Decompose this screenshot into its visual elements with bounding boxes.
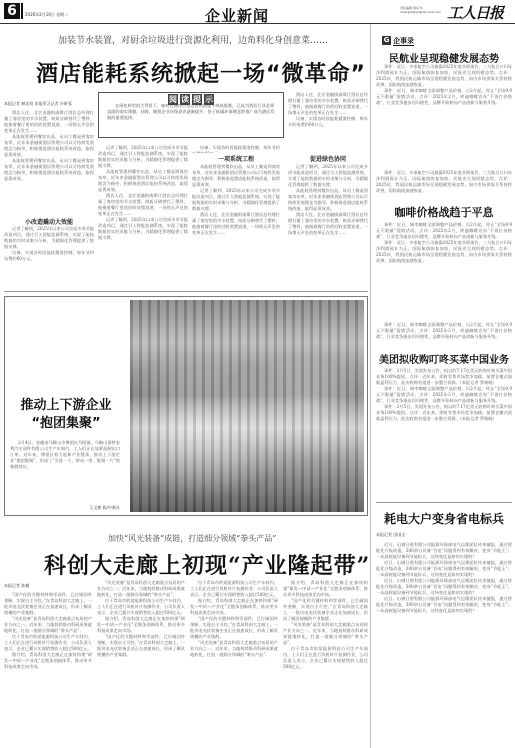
photo-credit: 王文彬 陈/中新社 xyxy=(10,505,120,511)
lead-column-4: 记者了解到，2025年以来公司完成多项节能改造项目，通过引入智能监测系统，实现了… xyxy=(288,164,368,286)
newspaper-logo: 工人日报 xyxy=(447,2,503,23)
lead-kicker: 加装节水装置，对厨余垃圾进行资源化利用，边角料化身创意菜…… xyxy=(58,33,328,46)
sidebar-body-1: 事件：近日，多家航空公司披露2025年度业绩预告，三大航合计归母净利润预计为正，… xyxy=(376,64,512,166)
sidebar-body-2b: 事件：近日，瑞幸咖啡全面调整产品价格，自2月起，停止“全场9.9元不限量”促销活… xyxy=(376,322,512,346)
feature-body: 2月4日，安徽省马鞍山市博望区丹阳镇，马鞍山嘉特安利汽车部件有限公司生产车间内，… xyxy=(10,440,120,500)
divider xyxy=(4,291,368,292)
reading-tip-label: 阅读提示 xyxy=(164,95,218,104)
sidebar-body-1b: 事件：近日，多家航空公司披露2025年度业绩预告，三大航合计归母净利润预计为正，… xyxy=(376,170,512,194)
second-column-4: 据介绍，青岛科创大走廊正在加快构建“研发—中试—产业化”全链条创新体系，推动更多… xyxy=(283,580,368,746)
sidebar-headline-2: 咖啡价格战趋于平息 xyxy=(376,204,512,220)
lead-subhead-3: 促进绿色协同 xyxy=(288,154,368,163)
second-headline: 科创大走廊上初现“产业隆起带” xyxy=(44,549,370,580)
sidebar-body-4: 近日，山钢日照有限公司能源环保部电气运维团队传来捷报，通过智能化升级改造，300… xyxy=(376,542,512,746)
lead-headline: 酒店能耗系统掀起一场“微革命” xyxy=(36,57,366,88)
second-byline: 本报记者 陈楠 xyxy=(4,583,29,589)
page-number-bar xyxy=(21,3,23,19)
page-number: 6 xyxy=(4,3,20,19)
editor-credit: 责任编辑:周亮 E-mail:grbqiye@vip.sina.com xyxy=(400,6,445,14)
sidebar-body-2: 事件：近日，瑞幸咖啡全面调整产品价格，自2月起，停止“全场9.9元不限量”促销活… xyxy=(376,222,512,322)
lead-column-2: 记者了解到，2025年以来公司完成多项节能改造项目，通过引入智能监测系统，实现了… xyxy=(98,145,188,285)
second-column-2: “风光装备”是青岛科创大走廊重点布局的产业方向之一。近年来，当地持续推动科研成果… xyxy=(97,580,185,746)
sidebar-divider xyxy=(370,24,371,748)
lead-column-3-top: 设备，实现各时段能耗精准控制，每年节约电费约60万元。 xyxy=(192,145,280,153)
sidebar-headline-1: 民航业呈现稳健发展态势 xyxy=(376,50,512,65)
column-logo-icon: G xyxy=(382,36,391,45)
column-label: 企事录 xyxy=(393,37,414,46)
lead-column-3: 从能耗管理到餐饮出品，从员工餐桌到客房布草，近年来金融街酒店管理公司以可持续发展… xyxy=(192,164,280,286)
sidebar-divider-2 xyxy=(376,502,512,503)
second-column-3: 位于青岛市的某能源科技公司生产车间内，工人们正在进行风机叶片检测作业，公司负责人… xyxy=(190,580,278,746)
second-kicker: 加快“风光装备”成链，打造细分领域“拳头产品” xyxy=(108,533,276,544)
sidebar-headline-3: 美团拟收购叮咚买菜中国业务 xyxy=(376,351,512,366)
sidebar-column-header: G企事录 xyxy=(382,30,414,49)
sidebar-body-3: 事件：2月5日，美团发布公告，拟以约7.17亿美元收购叮咚买菜中国业务100%股… xyxy=(376,368,512,498)
lead-subhead-2: 一项系统工程 xyxy=(192,154,280,163)
lead-column-1b: 记者了解到，2025年以来公司完成多项节能改造项目，通过引入智能监测系统，实现了… xyxy=(4,226,94,290)
feature-headline-line1: 推动上下游企业 xyxy=(6,398,126,414)
factory-photo-texture xyxy=(130,300,364,512)
reading-tip-box: 阅读提示 在绿色转型的大背景下，如何在保持日常运营的前提下降低能耗，已成为酒店行… xyxy=(98,92,284,138)
issue-date: 2026年2月10日 星期二 xyxy=(25,12,68,18)
lead-subhead-1: 小改造撬动大效能 xyxy=(4,217,94,226)
second-column-1: “国产化的关键材料和零部件，已打破国外垄断，实现自主可控。”在青岛科创大走廊上，… xyxy=(4,592,92,746)
lead-byline: 本报记者 赫忠权 本报见习记者 许昕蓉 xyxy=(4,101,72,107)
lead-column-4-top: 酒店入住，北京金融街威斯汀酒店总经理打量了客房里的节水装置。纸质牙刷替代了塑料，… xyxy=(288,92,368,152)
sidebar-headline-4: 耗电大户变身省电标兵 xyxy=(376,510,512,527)
section-title: 企业新闻 xyxy=(205,5,269,26)
lead-column-1: 酒店入住，北京金融街威斯汀酒店总经理打量了客房里的节水装置。纸质牙刷替代了塑料，… xyxy=(4,110,94,215)
sidebar-byline-4: 本报记者 田国全 xyxy=(376,532,405,538)
factory-photo xyxy=(130,300,364,512)
feature-headline-line2: “抱团集聚” xyxy=(6,416,126,432)
